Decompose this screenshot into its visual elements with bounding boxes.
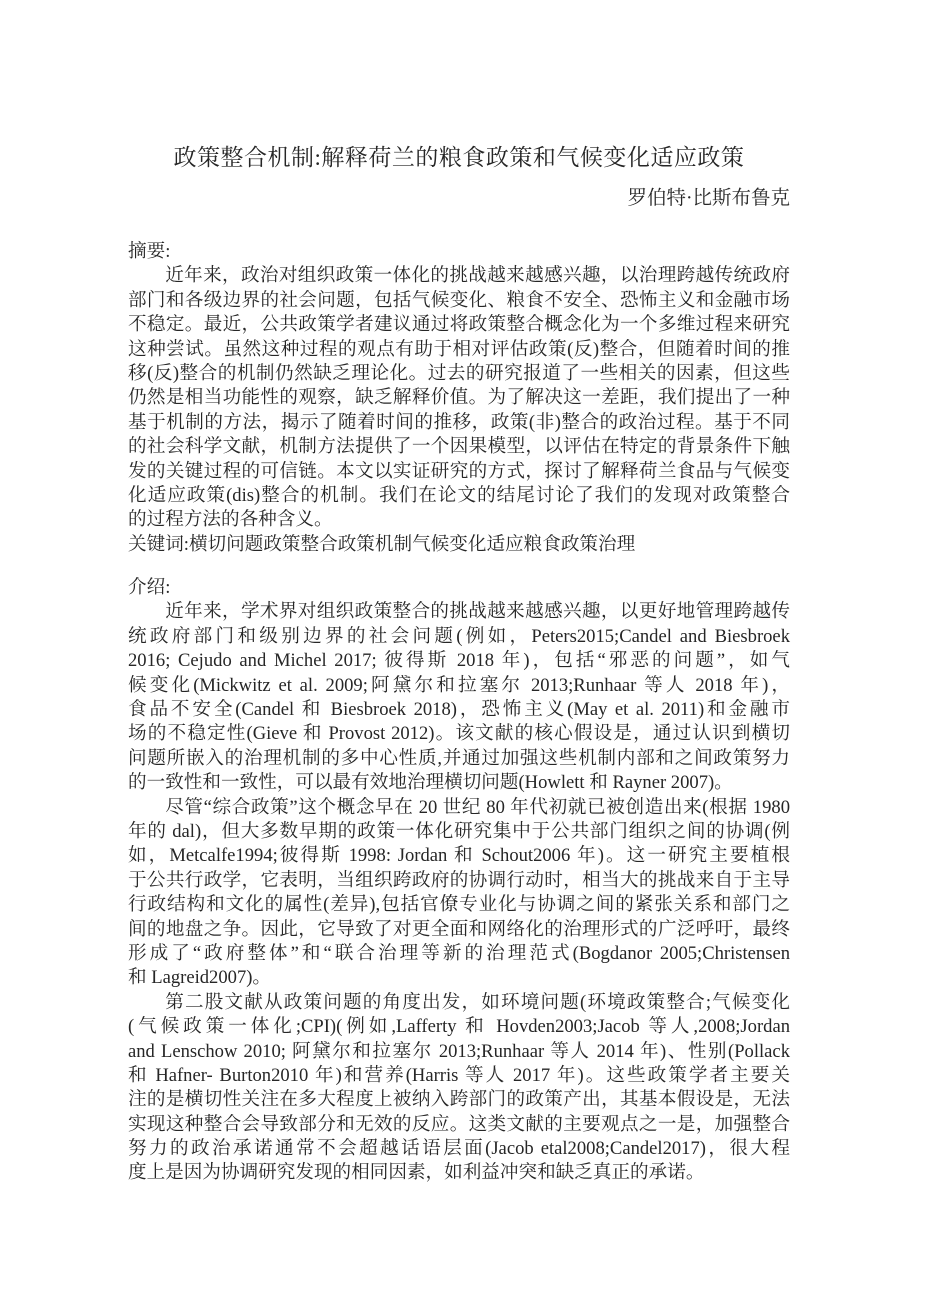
text-line: 化适应政策(dis)整合的机制。我们在论文的结尾讨论了我们的发现对政策整合 — [128, 484, 790, 508]
text-line: 努力的政治承诺通常不会超越话语层面(Jacob etal2008;Candel2… — [128, 1137, 790, 1161]
text-line: 食品不安全(Candel 和 Biesbroek 2018)，恐怖主义(May … — [128, 698, 790, 722]
text-line: 近年来，政治对组织政策一体化的挑战越来越感兴趣，以治理跨越传统政府 — [128, 264, 790, 288]
text-line: (气候政策一体化;CPI)(例如,Lafferty 和 Hovden2003;J… — [128, 1015, 790, 1039]
text-line: 部门和各级边界的社会问题，包括气候变化、粮食不安全、恐怖主义和金融市场 — [128, 289, 790, 313]
text-line: 于公共行政学，它表明，当组织跨政府的协调行动时，相当大的挑战来自于主导 — [128, 869, 790, 893]
text-line: 形成了“政府整体”和“联合治理等新的治理范式(Bogdanor 2005;Chr… — [128, 942, 790, 966]
paragraph: 关键词:横切问题政策整合政策机制气候变化适应粮食政策治理 — [128, 533, 790, 557]
text-line: 和 Lagreid2007)。 — [128, 966, 790, 990]
text-line: 候变化(Mickwitz et al. 2009;阿黛尔和拉塞尔 2013;Ru… — [128, 674, 790, 698]
text-line: 2016; Cejudo and Michel 2017; 彼得斯 2018 年… — [128, 649, 790, 673]
text-line: 第二股文献从政策问题的角度出发，如环境问题(环境政策整合;气候变化 — [128, 991, 790, 1015]
text-line: 实现这种整合会导致部分和无效的反应。这类文献的主要观点之一是，加强整合 — [128, 1113, 790, 1137]
text-line: 移(反)整合的机制仍然缺乏理论化。过去的研究报道了一些相关的因素，但这些 — [128, 362, 790, 386]
paragraph: 第二股文献从政策问题的角度出发，如环境问题(环境政策整合;气候变化(气候政策一体… — [128, 991, 790, 1186]
section-abstract: 摘要:近年来，政治对组织政策一体化的挑战越来越感兴趣，以治理跨越传统政府部门和各… — [128, 240, 790, 557]
text-line: 统政府部门和级别边界的社会问题(例如，Peters2015;Candel and… — [128, 625, 790, 649]
text-line: 度上是因为协调研究发现的相同因素，如利益冲突和缺乏真正的承诺。 — [128, 1161, 790, 1185]
document-author: 罗伯特·比斯布鲁克 — [128, 187, 790, 211]
text-line: 和 Hafner- Burton2010 年)和营养(Harris 等人 201… — [128, 1064, 790, 1088]
document-page: 政策整合机制:解释荷兰的粮食政策和气候变化适应政策 罗伯特·比斯布鲁克 摘要:近… — [0, 0, 926, 1309]
paragraph: 近年来，学术界对组织政策整合的挑战越来越感兴趣，以更好地管理跨越传统政府部门和级… — [128, 600, 790, 795]
text-line: 仍然是相当功能性的观察，缺乏解释价值。为了解决这一差距，我们提出了一种 — [128, 386, 790, 410]
text-line: 如，Metcalfe1994;彼得斯 1998: Jordan 和 Schout… — [128, 844, 790, 868]
text-line: 间的地盘之争。因此，它导致了对更全面和网络化的治理形式的广泛呼吁，最终 — [128, 918, 790, 942]
document-body: 摘要:近年来，政治对组织政策一体化的挑战越来越感兴趣，以治理跨越传统政府部门和各… — [128, 240, 790, 1186]
text-line: 行政结构和文化的属性(差异),包括官僚专业化与协调之间的紧张关系和部门之 — [128, 893, 790, 917]
text-line: 不稳定。最近，公共政策学者建议通过将政策整合概念化为一个多维过程来研究 — [128, 313, 790, 337]
text-line: 近年来，学术界对组织政策整合的挑战越来越感兴趣，以更好地管理跨越传 — [128, 600, 790, 624]
text-line: 的社会科学文献，机制方法提供了一个因果模型，以评估在特定的背景条件下触 — [128, 435, 790, 459]
text-line: 发的关键过程的可信链。本文以实证研究的方式，探讨了解释荷兰食品与气候变 — [128, 460, 790, 484]
document-title: 政策整合机制:解释荷兰的粮食政策和气候变化适应政策 — [128, 144, 790, 171]
text-line: and Lenschow 2010; 阿黛尔和拉塞尔 2013;Runhaar … — [128, 1040, 790, 1064]
text-line: 问题所嵌入的治理机制的多中心性质,并通过加强这些机制内部和之间政策努力 — [128, 747, 790, 771]
text-line: 的一致性和一致性，可以最有效地治理横切问题(Howlett 和 Rayner 2… — [128, 771, 790, 795]
text-line: 基于机制的方法，揭示了随着时间的推移，政策(非)整合的政治过程。基于不同 — [128, 411, 790, 435]
text-line: 的过程方法的各种含义。 — [128, 508, 790, 532]
paragraph: 尽管“综合政策”这个概念早在 20 世纪 80 年代初就已被创造出来(根据 19… — [128, 796, 790, 991]
text-line: 关键词:横切问题政策整合政策机制气候变化适应粮食政策治理 — [128, 533, 790, 557]
section-label-introduction: 介绍: — [128, 576, 790, 600]
text-line: 这种尝试。虽然这种过程的观点有助于相对评估政策(反)整合，但随着时间的推 — [128, 338, 790, 362]
text-line: 场的不稳定性(Gieve 和 Provost 2012)。该文献的核心假设是，通… — [128, 722, 790, 746]
text-line: 尽管“综合政策”这个概念早在 20 世纪 80 年代初就已被创造出来(根据 19… — [128, 796, 790, 820]
text-line: 年的 dal)，但大多数早期的政策一体化研究集中于公共部门组织之间的协调(例 — [128, 820, 790, 844]
section-label-abstract: 摘要: — [128, 240, 790, 264]
section-introduction: 介绍:近年来，学术界对组织政策整合的挑战越来越感兴趣，以更好地管理跨越传统政府部… — [128, 576, 790, 1186]
text-line: 注的是横切性关注在多大程度上被纳入跨部门的政策产出，其基本假设是，无法 — [128, 1088, 790, 1112]
paragraph: 近年来，政治对组织政策一体化的挑战越来越感兴趣，以治理跨越传统政府部门和各级边界… — [128, 264, 790, 532]
